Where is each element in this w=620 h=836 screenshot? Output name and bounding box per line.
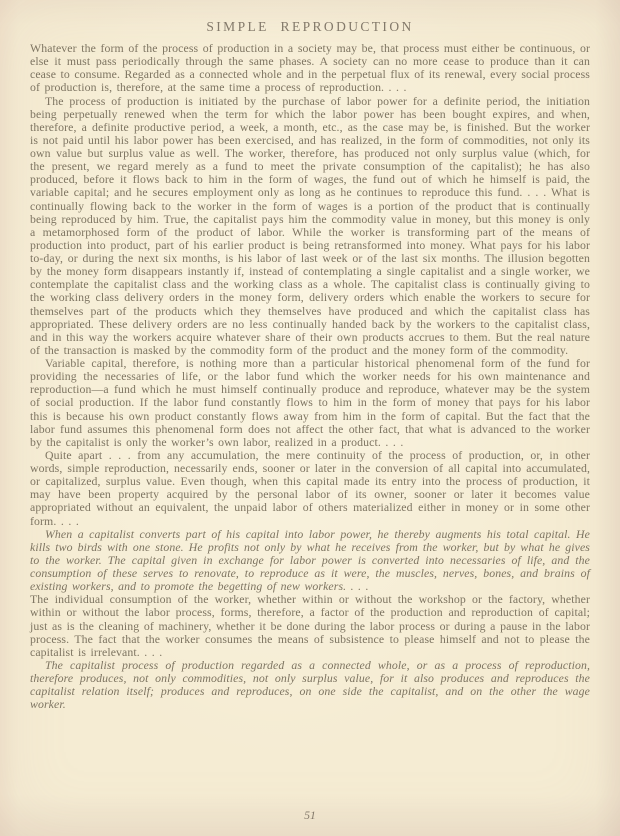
paragraph-2: The process of production is initiated b… <box>30 95 590 358</box>
paragraph-1: Whatever the form of the process of prod… <box>30 42 590 95</box>
paragraph-6: The individual consumption of the worker… <box>30 593 590 659</box>
page-number: 51 <box>0 810 620 822</box>
page-title: SIMPLE REPRODUCTION <box>30 19 590 35</box>
paragraph-7-quote: The capitalist process of production reg… <box>30 659 590 712</box>
paragraph-3: Variable capital, therefore, is nothing … <box>30 357 590 449</box>
paragraph-5-quote: When a capitalist converts part of his c… <box>30 528 590 594</box>
body-text: Whatever the form of the process of prod… <box>30 42 590 711</box>
book-page: SIMPLE REPRODUCTION Whatever the form of… <box>0 0 620 836</box>
paragraph-4: Quite apart . . . from any accumulation,… <box>30 449 590 528</box>
